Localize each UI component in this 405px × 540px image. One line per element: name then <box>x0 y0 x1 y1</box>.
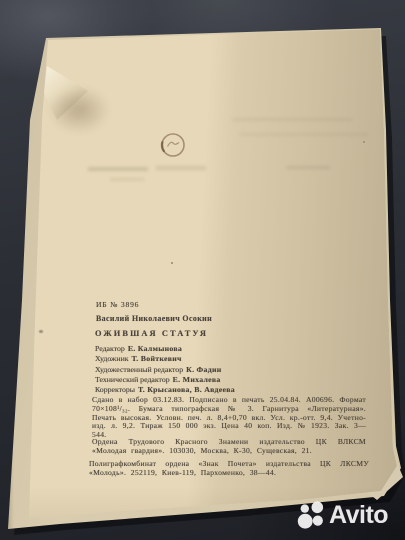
staff-line: РедакторЕ. Калмынова <box>95 344 235 354</box>
avito-watermark: Avito <box>296 498 400 532</box>
watermark-label: Avito <box>329 501 388 530</box>
photo-scene: ИБ № 3896 Василий Николаевич Осокин ОЖИВ… <box>0 0 405 540</box>
staff-person: Т. Крысанова, В. Авдеева <box>138 385 235 394</box>
staff-role: Корректоры <box>95 385 135 394</box>
ib-number: ИБ № 3896 <box>96 300 139 309</box>
colophon-text-block: ИБ № 3896 Василий Николаевич Осокин ОЖИВ… <box>0 0 405 540</box>
staff-role: Художник <box>95 354 129 363</box>
avito-logo-icon <box>296 501 325 530</box>
staff-role: Редактор <box>95 344 125 353</box>
staff-line: Технический редакторЕ. Михалева <box>95 375 235 385</box>
staff-person: Т. Войткевич <box>132 354 182 363</box>
book-colophon-page: ИБ № 3896 Василий Николаевич Осокин ОЖИВ… <box>0 0 405 540</box>
staff-person: Е. Калмынова <box>128 344 182 353</box>
publisher-paragraph: Ордена Трудового Красного Знамени издате… <box>92 438 366 456</box>
staff-line: КорректорыТ. Крысанова, В. Авдеева <box>95 385 235 395</box>
author-name: Василий Николаевич Осокин <box>96 314 212 323</box>
imprint-paragraph: Сдано в набор 03.12.83. Подписано в печа… <box>92 396 366 440</box>
staff-person: Е. Михалева <box>173 375 221 384</box>
staff-person: К. Фадин <box>186 365 221 374</box>
staff-role: Художественный редактор <box>95 365 183 374</box>
printer-paragraph: Полиграфкомбинат ордена «Знак Почета» из… <box>89 460 369 478</box>
staff-role: Технический редактор <box>95 375 170 384</box>
staff-line: ХудожникТ. Войткевич <box>95 354 235 364</box>
book-title: ОЖИВШАЯ СТАТУЯ <box>95 329 208 338</box>
staff-credits: РедакторЕ. Калмынова ХудожникТ. Войткеви… <box>95 344 235 395</box>
staff-line: Художественный редакторК. Фадин <box>95 365 235 375</box>
